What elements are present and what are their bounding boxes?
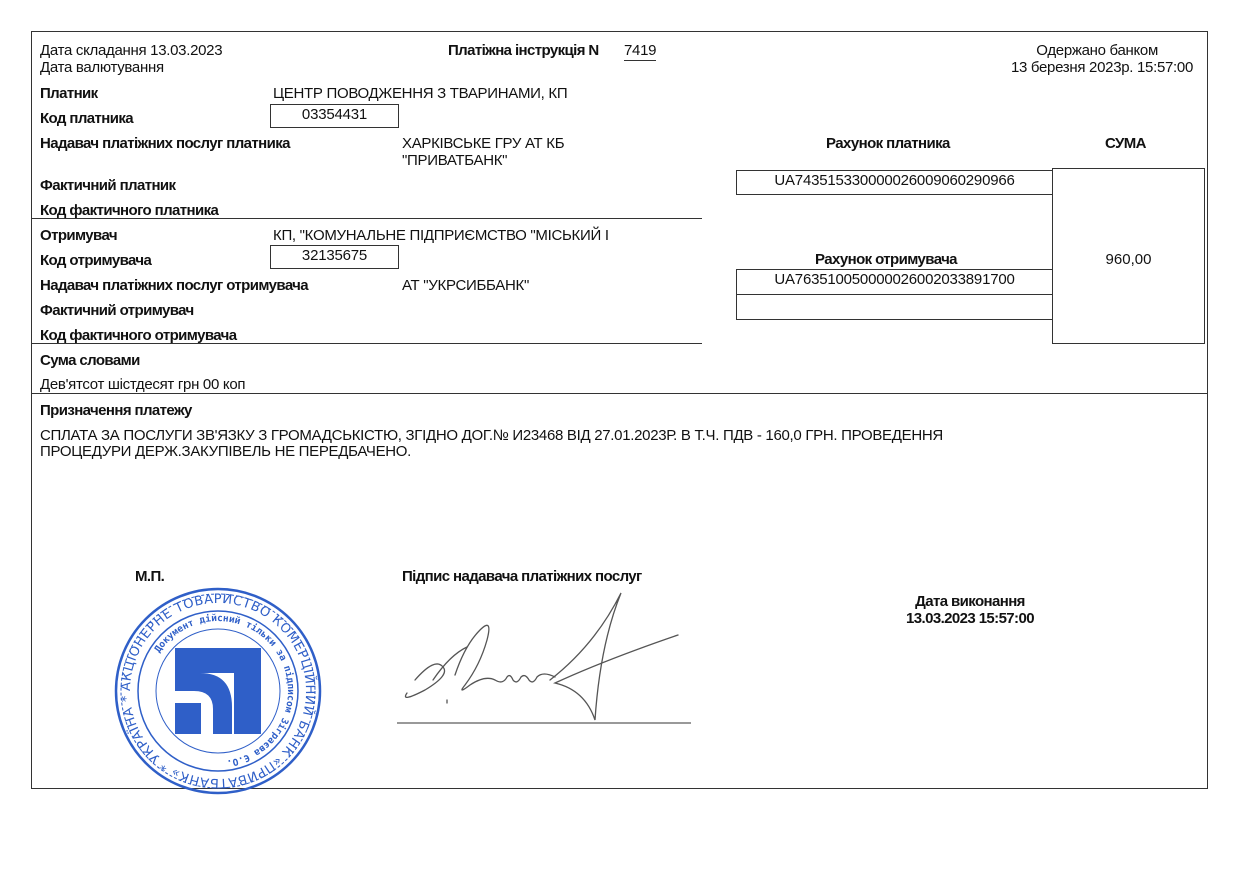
instruction-number: 7419	[624, 42, 656, 61]
stamp-label: М.П.	[135, 568, 164, 585]
purpose-line1: СПЛАТА ЗА ПОСЛУГИ ЗВ'ЯЗКУ З ГРОМАДСЬКІСТ…	[40, 427, 943, 444]
instruction-title: Платіжна інструкція N	[448, 42, 599, 59]
recipient-section-divider	[32, 343, 702, 344]
amount-label: СУМА	[1105, 135, 1146, 152]
actual-payer-label: Фактичний платник	[40, 177, 175, 194]
recipient-provider-label: Надавач платіжних послуг отримувача	[40, 277, 308, 294]
amount-words: Дев'ятсот шістдесят грн 00 коп	[40, 376, 245, 393]
amount-words-label: Сума словами	[40, 352, 140, 369]
payer-provider-line2: "ПРИВАТБАНК"	[402, 152, 507, 169]
compile-date: Дата складання 13.03.2023	[40, 42, 222, 59]
purpose-line2: ПРОЦЕДУРИ ДЕРЖ.ЗАКУПІВЕЛЬ НЕ ПЕРЕДБАЧЕНО…	[40, 443, 411, 460]
signature-drawing	[395, 585, 695, 725]
payer-provider-line1: ХАРКІВСЬКЕ ГРУ АТ КБ	[402, 135, 564, 152]
recipient-account-box: UA763510050000026002033891700	[736, 269, 1053, 295]
payer-code-label: Код платника	[40, 110, 133, 127]
purpose-label: Призначення платежу	[40, 402, 192, 419]
actual-recipient-label: Фактичний отримувач	[40, 302, 194, 319]
payer-label: Платник	[40, 85, 98, 102]
payer-provider-label: Надавач платіжних послуг платника	[40, 135, 290, 152]
recipient-code-label: Код отримувача	[40, 252, 151, 269]
amount-value: 960,00	[1053, 251, 1204, 268]
recipient-name: КП, "КОМУНАЛЬНЕ ПІДПРИЄМСТВО "МІСЬКИЙ І	[273, 227, 609, 244]
recipient-label: Отримувач	[40, 227, 117, 244]
actual-payer-code-label: Код фактичного платника	[40, 202, 218, 219]
payer-code-box: 03354431	[270, 104, 399, 128]
bank-stamp-icon: АКЦІОНЕРНЕ ТОВАРИСТВО КОМЕРЦІЙНИЙ БАНК «…	[112, 585, 324, 797]
payer-account-label: Рахунок платника	[826, 135, 950, 152]
actual-recipient-code-label: Код фактичного отримувача	[40, 327, 236, 344]
execution-datetime: 13.03.2023 15:57:00	[870, 610, 1070, 627]
received-by-bank-label: Одержано банком	[1036, 42, 1158, 59]
execution-date-label: Дата виконання	[870, 593, 1070, 610]
recipient-account-extra-box	[736, 294, 1053, 320]
recipient-account-label: Рахунок отримувача	[815, 251, 957, 268]
received-datetime: 13 березня 2023р. 15:57:00	[1011, 59, 1193, 76]
payer-section-divider	[32, 218, 702, 219]
recipient-code-box: 32135675	[270, 245, 399, 269]
payer-account-box: UA743515330000026009060290966	[736, 170, 1053, 195]
signature-label: Підпис надавача платіжних послуг	[402, 568, 642, 585]
value-date-label: Дата валютування	[40, 59, 164, 76]
amount-box: 960,00	[1052, 168, 1205, 344]
recipient-provider: АТ "УКРСИББАНК"	[402, 277, 529, 294]
amount-words-divider	[32, 393, 1207, 394]
payer-name: ЦЕНТР ПОВОДЖЕННЯ З ТВАРИНАМИ, КП	[273, 85, 567, 102]
